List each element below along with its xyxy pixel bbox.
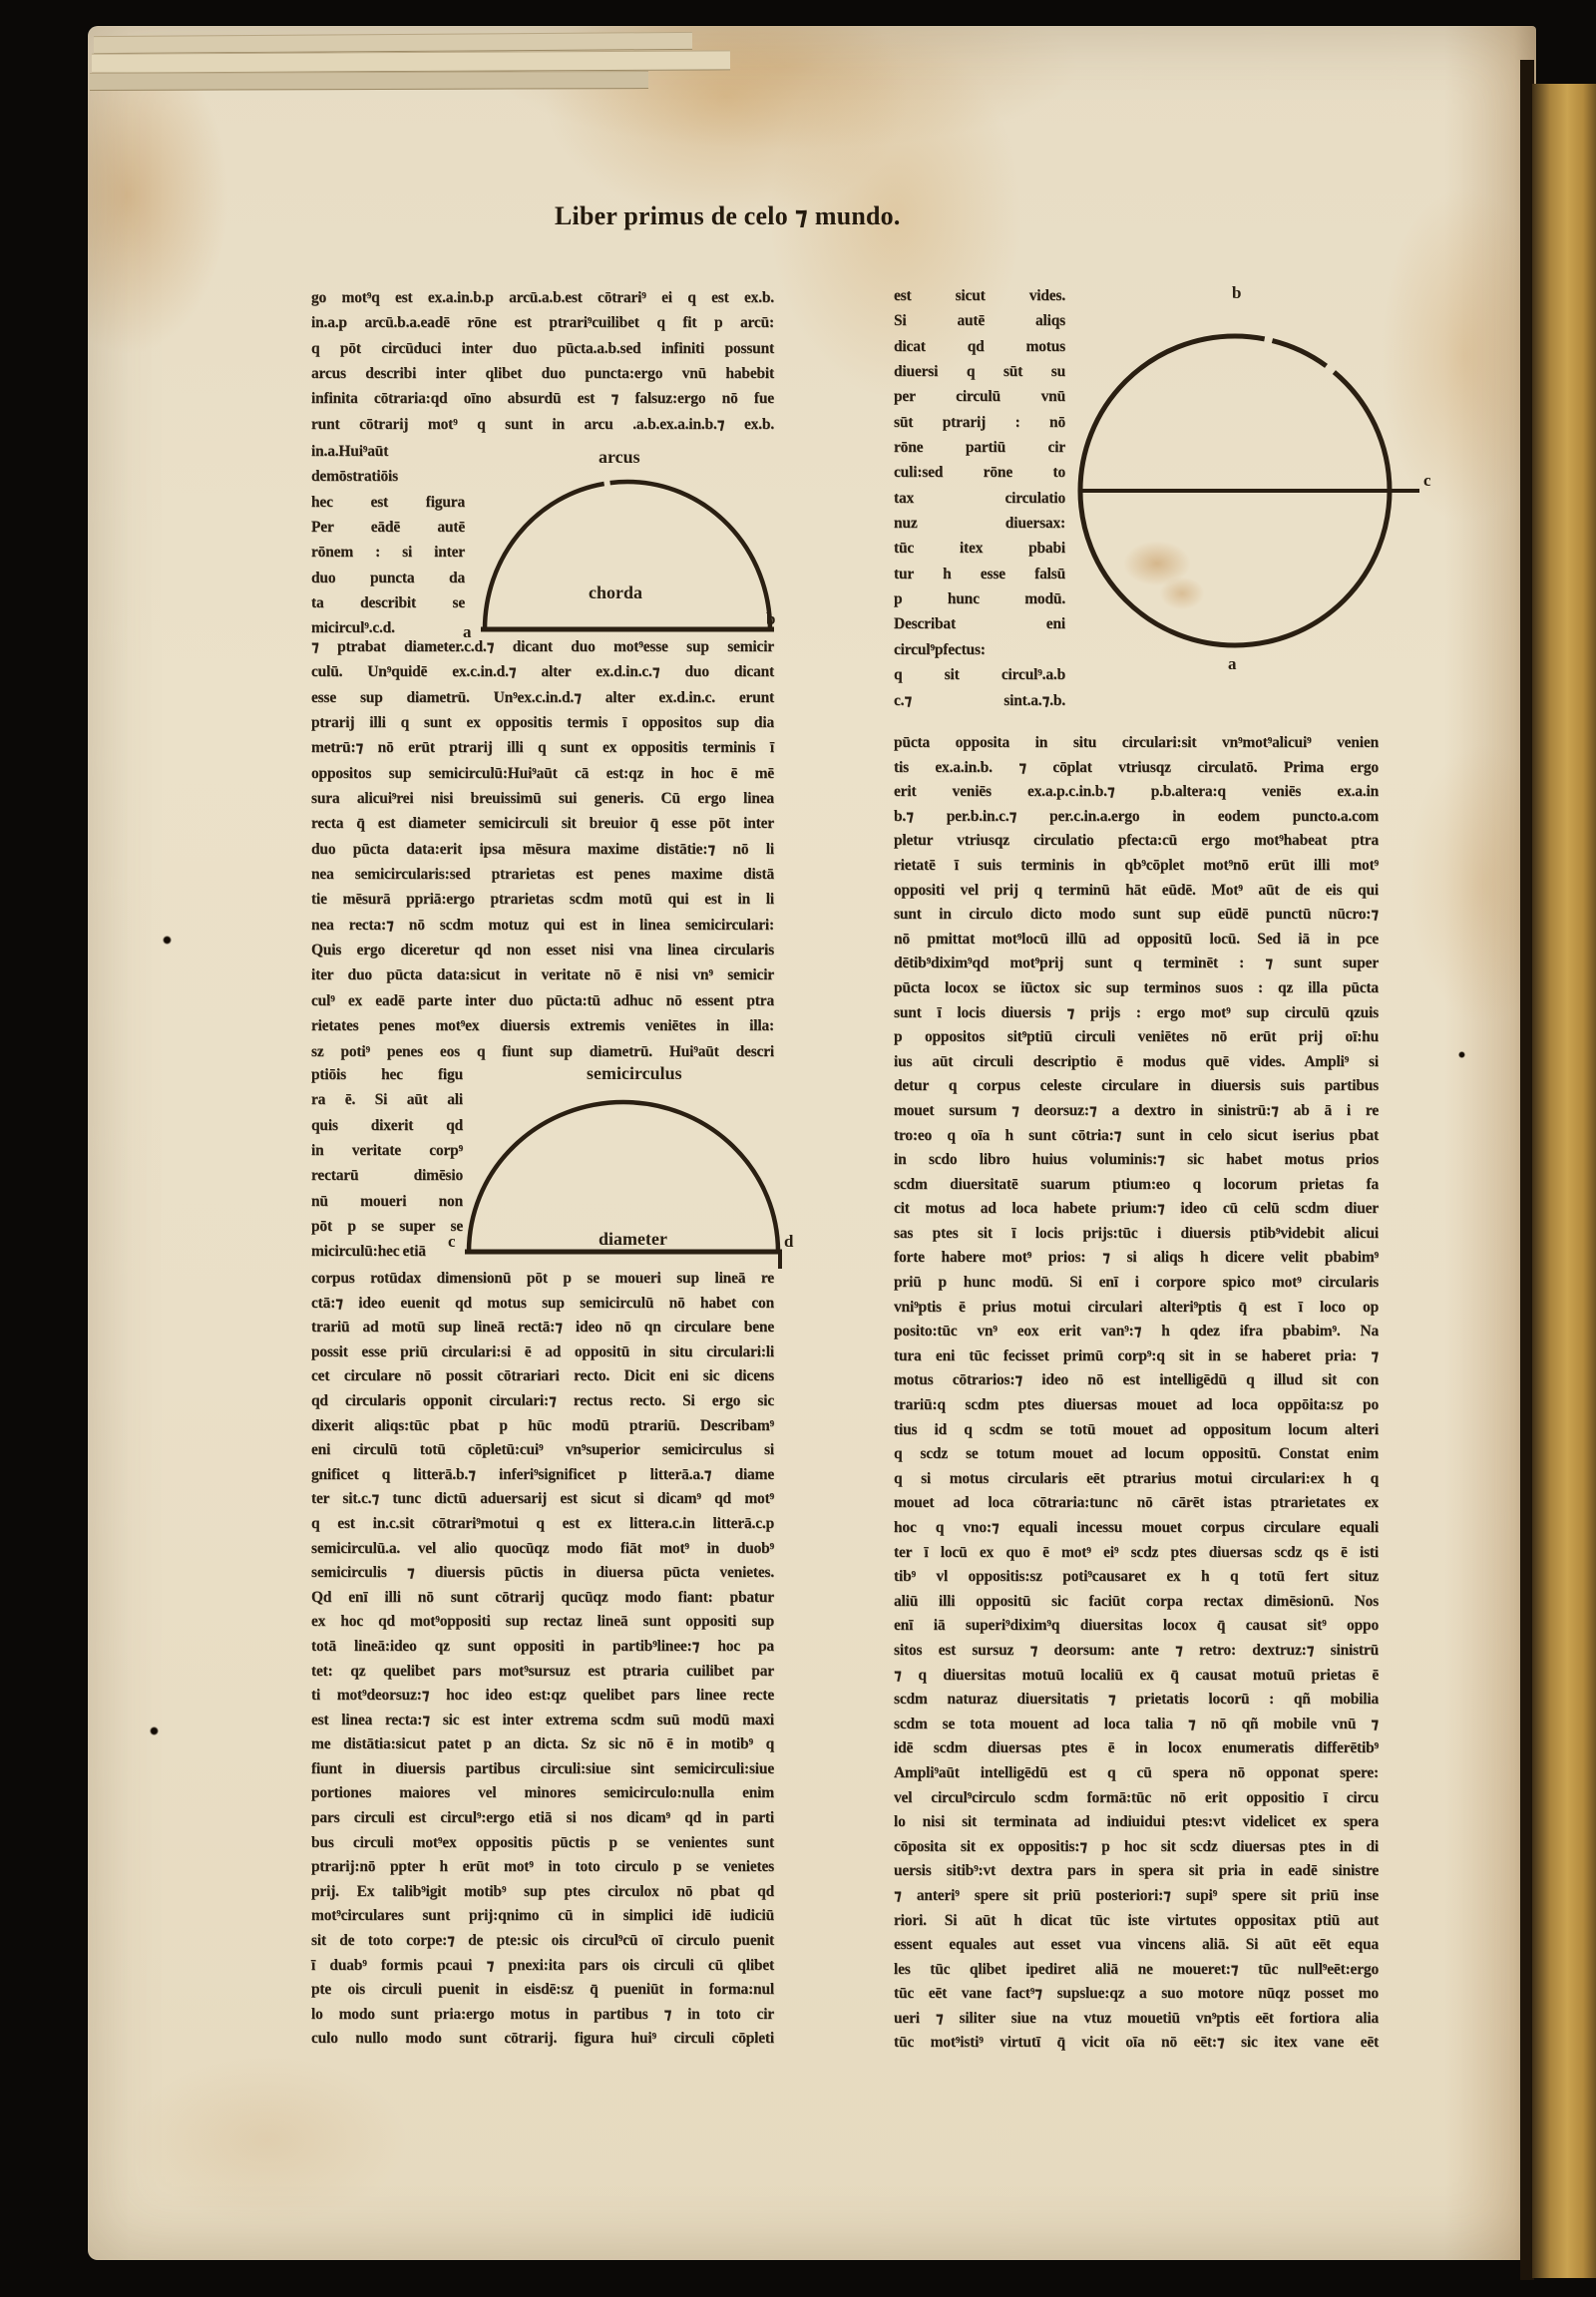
text-line: vni⁹ptis ē prius motui circulari alteri⁹… bbox=[894, 1296, 1379, 1321]
text-line: Qd enī illi nō sunt cōtrarij qucūqz modo… bbox=[311, 1586, 774, 1611]
text-line: scdm naturaz diuersitatis ⁊ prietatis lo… bbox=[894, 1688, 1379, 1713]
text-line: rietatē ī suis terminis in qb⁹cōplet mot… bbox=[894, 854, 1379, 879]
text-line: est sicut vides. bbox=[894, 283, 1065, 308]
text-line: semicirculū.a. vel alio quocūqz modo fiā… bbox=[311, 1537, 774, 1562]
text-line: ti mot⁹deorsuz:⁊ hoc ideo est:qz quelibe… bbox=[311, 1684, 774, 1709]
text-line: tie mēsurā ppriā:ergo ptrarietas scdm mo… bbox=[311, 887, 774, 912]
text-line: ptrarij illi q sunt ex oppositis termis … bbox=[311, 710, 774, 735]
text-line: tura eni tūc fecisset primū corp⁹:q sit … bbox=[894, 1344, 1379, 1369]
circle-bottom-point-label: a bbox=[1228, 654, 1237, 673]
wormhole bbox=[163, 936, 172, 945]
text-line: Ampli⁹aūt intelligēdū est q cū spera nō … bbox=[894, 1761, 1379, 1786]
left-column-narrow-beside-semicircle: ptiōis hec figura ē. Si aūt aliquis dixe… bbox=[311, 1062, 463, 1265]
text-line: duo puncta da bbox=[311, 566, 465, 590]
arc-curve bbox=[485, 482, 770, 629]
text-line: Describat eni bbox=[894, 611, 1065, 636]
text-line: ptrarij:nō ppter h erūt mot⁹ in toto cir… bbox=[311, 1855, 774, 1880]
text-line: pletur vtriusqz circulatio pfecta:cū erg… bbox=[894, 829, 1379, 854]
text-line: les tūc qlibet ipediret aliā ne moueret:… bbox=[894, 1958, 1379, 1983]
text-line: culū. Un⁹quidē ex.c.in.d.⁊ alter ex.d.in… bbox=[311, 659, 774, 684]
text-line: go mot⁹q est ex.a.in.b.p arcū.a.b.est cō… bbox=[311, 285, 774, 310]
arc-chord-diagram: arcus chorda a b bbox=[451, 441, 784, 642]
text-line: tax circulatio bbox=[894, 486, 1065, 511]
text-line: semicirculis ⁊ diuersis pūctis in diuers… bbox=[311, 1561, 774, 1586]
text-line: rōne partiū cir bbox=[894, 435, 1065, 460]
text-line: oppositi vel prij q terminū hāt eūdē. Mo… bbox=[894, 879, 1379, 904]
text-line: Quis ergo diceretur qd non esset nisi vn… bbox=[311, 938, 774, 962]
text-line: mouet ad loca cōtraria:tunc nō cārēt ist… bbox=[894, 1491, 1379, 1516]
text-line: essent equales aut esset vua vincens ali… bbox=[894, 1933, 1379, 1958]
text-line: uersis sitib⁹:vt dextra pars in spera si… bbox=[894, 1859, 1379, 1884]
wormhole bbox=[150, 1726, 159, 1735]
text-line: tūc eēt vane fact⁹⁊ supslue:qz a suo mot… bbox=[894, 1982, 1379, 2007]
circle-diagram: b c a bbox=[1052, 274, 1443, 693]
text-line: prij. Ex talib⁹igit motib⁹ sup ptes circ… bbox=[311, 1880, 774, 1905]
text-line: trariū ad motū sup lineā rectā:⁊ ideo nō… bbox=[311, 1316, 774, 1340]
text-line: possit esse priū circulari:si ē ad oppos… bbox=[311, 1340, 774, 1365]
semicircle-left-point-label: c bbox=[448, 1232, 456, 1251]
left-column-paragraph-2: ⁊ ptrabat diameter.c.d.⁊ dicant duo mot⁹… bbox=[311, 634, 774, 1064]
fore-edge bbox=[1532, 84, 1596, 2278]
text-line: riori. Si aūt h dicat tūc iste virtutes … bbox=[894, 1909, 1379, 1934]
text-line: dētib⁹dixim⁹qd mot⁹prij sunt q terminēt … bbox=[894, 952, 1379, 976]
semicircle-right-point-label: d bbox=[784, 1232, 794, 1251]
text-line: eni circulū totū cōpletū:cui⁹ vn⁹superio… bbox=[311, 1438, 774, 1463]
text-line: cet circulare nō possit cōtrariari recto… bbox=[311, 1364, 774, 1389]
text-line: hec est figura bbox=[311, 490, 465, 515]
text-line: culi:sed rōne to bbox=[894, 460, 1065, 485]
text-line: ex hoc qd mot⁹oppositi sup rectaz lineā … bbox=[311, 1610, 774, 1635]
text-line: tius id q scdm se totū mouet ad oppositu… bbox=[894, 1418, 1379, 1443]
page-stack-edge bbox=[90, 71, 648, 91]
text-line: ptiōis hec figu bbox=[311, 1062, 463, 1087]
text-line: cit motus ad loca habete prium:⁊ ideo cū… bbox=[894, 1197, 1379, 1222]
text-line: sūt ptrarij : nō bbox=[894, 410, 1065, 435]
text-line: pte ois circuli puenit in eisdē:sz q̄ pu… bbox=[311, 1978, 774, 2003]
text-line: duo pūcta data:erit ipsa mēsura maxime d… bbox=[311, 837, 774, 862]
text-line: scdm diuersitatē suarum ptium:eo q locor… bbox=[894, 1173, 1379, 1198]
text-line: metrū:⁊ nō erūt ptrarij illi q sunt ex o… bbox=[311, 735, 774, 760]
arc-top-label: arcus bbox=[598, 447, 640, 467]
text-line: sunt ī locis diuersis ⁊ prijs : ergo mot… bbox=[894, 1001, 1379, 1026]
text-line: recta q̄ est diameter semicirculi sit br… bbox=[311, 811, 774, 836]
text-line: sit de toto corpe:⁊ de pte:sic ois circu… bbox=[311, 1929, 774, 1954]
text-line: ter ī locū ex quo ē mot⁹ ei⁹ scdz ptes d… bbox=[894, 1541, 1379, 1566]
text-line: trariū:q scdm ptes diuersas mouet ad loc… bbox=[894, 1393, 1379, 1418]
diameter-label: diameter bbox=[598, 1229, 667, 1249]
text-line: lo modo sunt pria:ergo motus in partibus… bbox=[311, 2003, 774, 2028]
text-line: pūcta locox se iūctox sic sup terminos s… bbox=[894, 976, 1379, 1001]
text-line: tib⁹ vl oppositis:sz poti⁹causaret ex h … bbox=[894, 1565, 1379, 1590]
text-line: in.a.p arcū.b.a.eadē rōne est ptrari⁹cui… bbox=[311, 310, 774, 335]
text-line: tet: qz quelibet pars mot⁹sursuz est ptr… bbox=[311, 1660, 774, 1685]
text-line: scdm se tota mouent ad loca talia ⁊ nō q… bbox=[894, 1713, 1379, 1737]
text-line: Per eādē autē bbox=[311, 515, 465, 540]
circle-top-point-label: b bbox=[1232, 283, 1241, 302]
left-column-paragraph-3: corpus rotūdax dimensionū pōt p se mouer… bbox=[311, 1267, 774, 2052]
text-line: pōt p se super se bbox=[311, 1214, 463, 1239]
text-line: gnificet q litterā.b.⁊ inferi⁹significet… bbox=[311, 1463, 774, 1488]
text-line: p oppositos sit⁹ptiū circuli veniētes nō… bbox=[894, 1025, 1379, 1050]
text-line: bus circuli mot⁹ex oppositis pūctis p se… bbox=[311, 1831, 774, 1856]
text-line: runt cōtrarij mot⁹ q sunt in arcu .a.b.e… bbox=[311, 412, 774, 437]
arc-right-point-label: b bbox=[766, 609, 775, 628]
text-line: Si autē aliqs bbox=[894, 308, 1065, 333]
text-line: nō pmittat mot⁹locū illū ad oppositū loc… bbox=[894, 928, 1379, 953]
right-column-narrow-beside-circle: est sicut vides.Si autē aliqsdicat qd mo… bbox=[894, 283, 1065, 713]
text-line: per circulū vnū bbox=[894, 384, 1065, 409]
text-line: tur h esse falsū bbox=[894, 562, 1065, 586]
text-line: ī duab⁹ formis pcaui ⁊ pnexi:ita pars oi… bbox=[311, 1954, 774, 1979]
text-line: in scdo libro huius voluminis:⁊ sic habe… bbox=[894, 1148, 1379, 1173]
running-title: Liber primus de celo ⁊ mundo. bbox=[555, 201, 901, 231]
text-line: motus cōtrarios:⁊ ideo nō est intelligēd… bbox=[894, 1368, 1379, 1393]
text-line: nū moueri non bbox=[311, 1189, 463, 1214]
text-line: ueri ⁊ siliter siue na vtuz mouetiū vn⁹p… bbox=[894, 2007, 1379, 2032]
text-line: q si motus circularis eēt ptrarius motui… bbox=[894, 1467, 1379, 1492]
text-line: cul⁹ ex eadē parte inter duo pūcta:tū ad… bbox=[311, 988, 774, 1013]
text-line: priū p hunc modū. Si enī i corpore spico… bbox=[894, 1271, 1379, 1296]
text-line: nuz diuersax: bbox=[894, 511, 1065, 536]
text-line: micirculū:hec etiā bbox=[311, 1239, 463, 1264]
text-line: mot⁹circulares sunt prij:qnimo cū in sim… bbox=[311, 1904, 774, 1929]
text-line: sura alicui⁹rei nisi breuissimū sui gene… bbox=[311, 786, 774, 811]
text-line: est linea recta:⁊ sic est inter extrema … bbox=[311, 1709, 774, 1733]
wormhole bbox=[1458, 1051, 1465, 1058]
text-line: sunt in circulo dicto modo sunt sup eūdē… bbox=[894, 903, 1379, 928]
text-line: rectarū dimēsio bbox=[311, 1163, 463, 1188]
text-line: portiones maiores vel minores semicircul… bbox=[311, 1781, 774, 1806]
text-line: sitos est sursuz ⁊ deorsum: ante ⁊ retro… bbox=[894, 1639, 1379, 1664]
left-column-narrow-beside-arc: in.a.Hui⁹aūtdemōstratiōishec est figuraP… bbox=[311, 439, 465, 641]
text-line: aliū illi oppositū sic faciūt corpa rect… bbox=[894, 1590, 1379, 1615]
text-line: q sit circul⁹.a.b bbox=[894, 662, 1065, 687]
text-line: me distātia:sicut patet p an dicta. Sz s… bbox=[311, 1732, 774, 1757]
text-line: pars circuli est circul⁹:ergo etiā si no… bbox=[311, 1806, 774, 1831]
text-line: p hunc modū. bbox=[894, 586, 1065, 611]
text-line: posito:tūc vn⁹ eox erit van⁹:⁊ h qdez if… bbox=[894, 1320, 1379, 1344]
text-line: dicat qd motus bbox=[894, 334, 1065, 359]
text-line: ctā:⁊ ideo euenit qd motus sup semicircu… bbox=[311, 1292, 774, 1317]
text-line: ⁊ ptrabat diameter.c.d.⁊ dicant duo mot⁹… bbox=[311, 634, 774, 659]
chord-label: chorda bbox=[589, 582, 642, 602]
text-line: ta describit se bbox=[311, 590, 465, 615]
text-line: q est in.c.sit cōtrari⁹motui q est ex li… bbox=[311, 1512, 774, 1537]
text-line: ter sit.c.⁊ tunc dictū aduersarij est si… bbox=[311, 1487, 774, 1512]
text-line: tis ex.a.in.b. ⁊ cōplat vtriusqz circula… bbox=[894, 756, 1379, 781]
text-line: cōposita sit ex oppositis:⁊ p hoc sit sc… bbox=[894, 1835, 1379, 1860]
text-line: mouet sursum ⁊ deorsuz:⁊ a dextro in sin… bbox=[894, 1099, 1379, 1124]
text-line: tūc itex pbabi bbox=[894, 536, 1065, 561]
text-line: dixerit aliqs:tūc pbat p hūc modū ptrari… bbox=[311, 1414, 774, 1439]
text-line: nea recta:⁊ nō scdm motuz qui est in lin… bbox=[311, 913, 774, 938]
text-line: fiunt in diuersis partibus circuli:siue … bbox=[311, 1757, 774, 1782]
text-line: qd circularis opponit circulari:⁊ rectus… bbox=[311, 1389, 774, 1414]
text-line: enī iā superi⁹dixim⁹q diuersitas locox q… bbox=[894, 1614, 1379, 1639]
text-line: idē scdm diuersas ptes ē in locox enumer… bbox=[894, 1736, 1379, 1761]
text-line: hoc q vno:⁊ equali incessu mouet corpus … bbox=[894, 1516, 1379, 1541]
circle-right-point-label: c bbox=[1423, 471, 1431, 490]
text-line: sas ptes sit ī locis prijs:tūc i diuersi… bbox=[894, 1222, 1379, 1247]
text-line: vel circul⁹circulo scdm formā:tūc nō eri… bbox=[894, 1786, 1379, 1811]
semicircle-diameter-diagram: semicirculus diameter c d bbox=[447, 1055, 794, 1277]
left-column-paragraph-1: go mot⁹q est ex.a.in.b.p arcū.a.b.est cō… bbox=[311, 285, 774, 437]
text-line: pūcta opposita in situ circulari:sit vn⁹… bbox=[894, 731, 1379, 756]
text-line: q scdz se totum mouet ad locum oppositū.… bbox=[894, 1442, 1379, 1467]
text-line: ⁊ q diuersitas motuū localiū ex q̄ causa… bbox=[894, 1664, 1379, 1689]
right-column-paragraph: pūcta opposita in situ circulari:sit vn⁹… bbox=[894, 731, 1379, 2056]
text-line: ⁊ anteri⁹ spere sit priū posteriori:⁊ su… bbox=[894, 1884, 1379, 1909]
text-line: q pōt circūduci inter duo pūcta.a.b.sed … bbox=[311, 336, 774, 361]
text-line: culo nullo modo sunt cōtrarij. figura hu… bbox=[311, 2027, 774, 2052]
text-line: corpus rotūdax dimensionū pōt p se mouer… bbox=[311, 1267, 774, 1292]
text-line: rietates penes mot⁹ex diuersis extremis … bbox=[311, 1013, 774, 1038]
scanned-book-page: Liber primus de celo ⁊ mundo. go mot⁹q e… bbox=[0, 0, 1596, 2297]
text-line: lo nisi sit terminata ad indiuidui ptes:… bbox=[894, 1810, 1379, 1835]
text-line: tūc mot⁹isti⁹ virtutī q̄ vicit oīa nō eē… bbox=[894, 2031, 1379, 2056]
text-line: in veritate corp⁹ bbox=[311, 1138, 463, 1163]
text-line: nea semicircularis:sed ptrarietas est pe… bbox=[311, 862, 774, 887]
text-line: c.⁊ sint.a.⁊.b. bbox=[894, 688, 1065, 713]
text-line: forte habere mot⁹ prios: ⁊ si aliqs h di… bbox=[894, 1246, 1379, 1271]
semicircle-top-label: semicirculus bbox=[587, 1063, 682, 1083]
text-line: quis dixerit qd bbox=[311, 1113, 463, 1138]
text-line: oppositos sup semicirculū:Hui⁹aūt cā est… bbox=[311, 761, 774, 786]
text-line: totā lineā:ideo qz sunt oppositi in part… bbox=[311, 1635, 774, 1660]
text-line: arcus describi inter qlibet duo puncta:e… bbox=[311, 361, 774, 386]
text-line: detur q corpus celeste circulare in diue… bbox=[894, 1074, 1379, 1099]
text-line: rōnem : si inter bbox=[311, 540, 465, 565]
text-line: iter duo pūcta data:sicut in veritate nō… bbox=[311, 962, 774, 987]
text-line: ra ē. Si aūt ali bbox=[311, 1087, 463, 1112]
text-line: circul⁹pfectus: bbox=[894, 637, 1065, 662]
text-line: infinita cōtraria:qd oīno absurdū est ⁊ … bbox=[311, 386, 774, 411]
text-line: in.a.Hui⁹aūt bbox=[311, 439, 465, 464]
text-line: ius aūt circuli descriptio ē modus quē v… bbox=[894, 1050, 1379, 1075]
text-line: demōstratiōis bbox=[311, 464, 465, 489]
text-line: tro:eo q oīa h sunt cōtria:⁊ sunt in cel… bbox=[894, 1124, 1379, 1149]
text-line: esse sup diametrū. Un⁹ex.c.in.d.⁊ alter … bbox=[311, 685, 774, 710]
text-line: diuersi q sūt su bbox=[894, 359, 1065, 384]
text-line: b.⁊ per.b.in.c.⁊ per.c.in.a.ergo in eode… bbox=[894, 805, 1379, 830]
text-line: erit veniēs ex.a.p.c.in.b.⁊ p.b.altera:q… bbox=[894, 780, 1379, 805]
